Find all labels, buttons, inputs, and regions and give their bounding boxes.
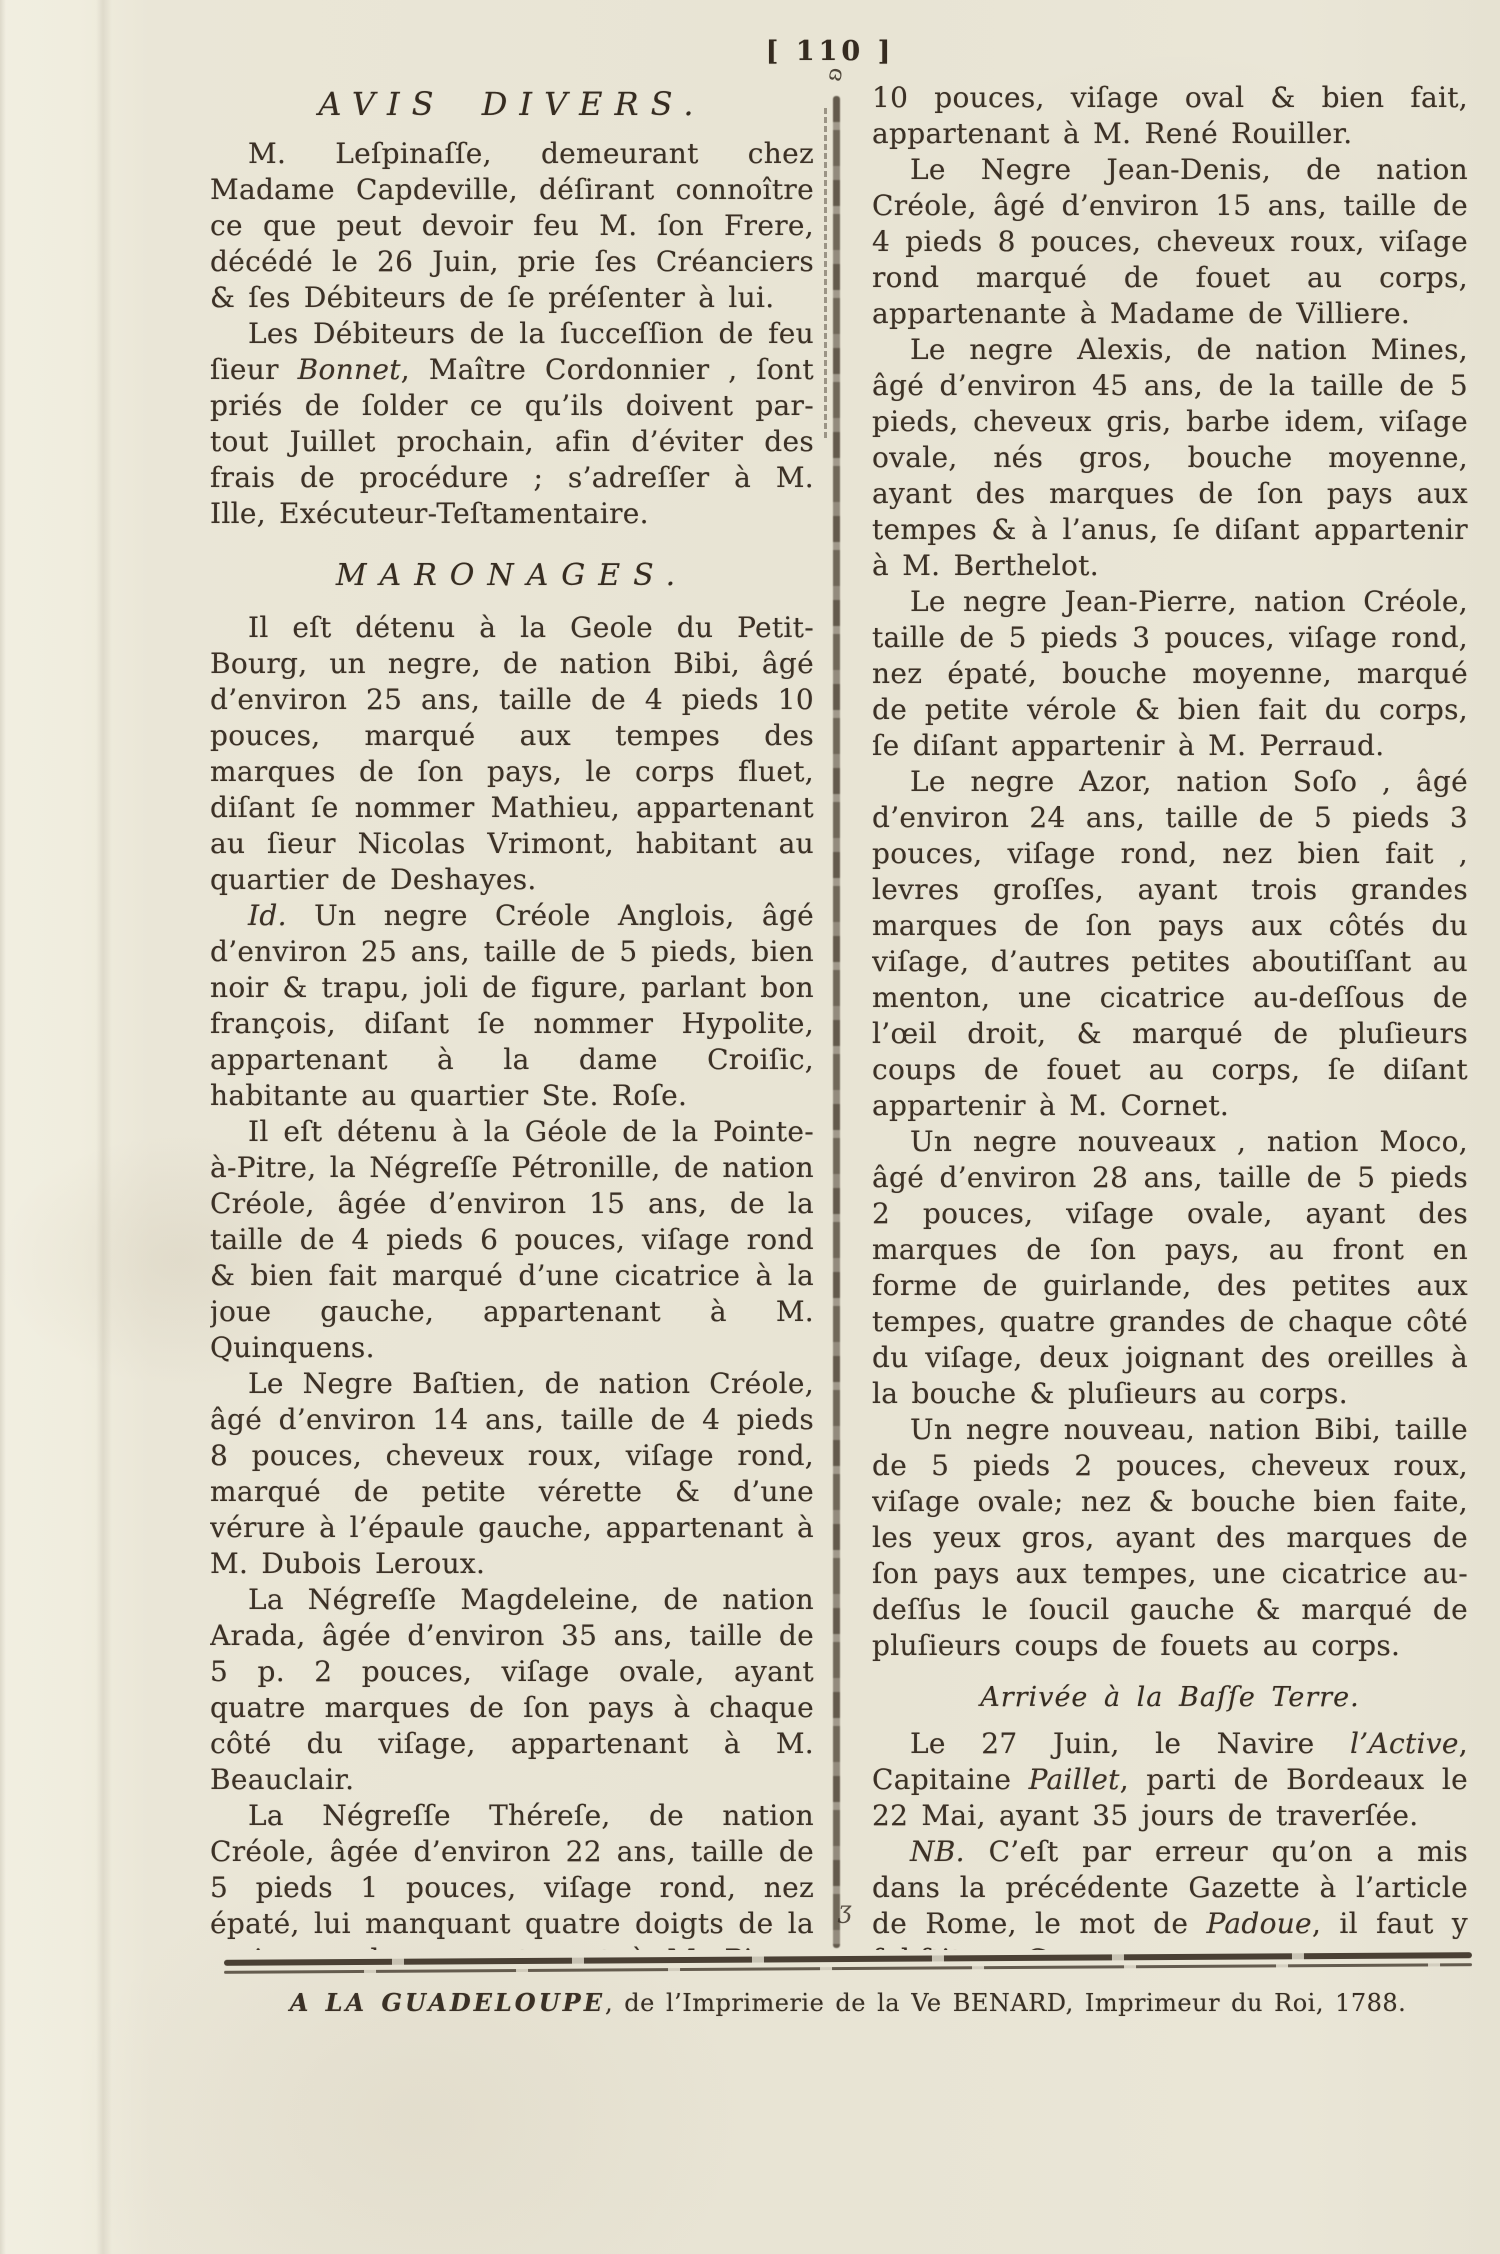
paragraph: La Négreſſe Magdeleine, de nation Arada,… <box>210 1582 814 1798</box>
text-segment: Le negre Jean-Pierre, nation Créole, tai… <box>872 585 1468 762</box>
paragraph: La Négreſſe Théreſe, de nation Créole, â… <box>210 1798 814 1950</box>
text-segment: Bonnet <box>298 353 401 386</box>
paragraph: Il eſt détenu à la Géole de la Pointe-à-… <box>210 1114 814 1366</box>
paragraph: Il eſt détenu à la Geole du Petit-Bourg,… <box>210 610 814 898</box>
text-segment: Il eſt détenu à la Géole de la Pointe-à-… <box>210 1115 814 1364</box>
scanned-newspaper-page: { "colors": { "ink": "#3c3126", "paper":… <box>0 0 1500 2254</box>
paragraph: M. Leſpinaſſe, demeurant chez Madame Cap… <box>210 136 814 316</box>
paragraph: Le Negre Baſtien, de nation Créole, âgé … <box>210 1366 814 1582</box>
section-heading: Arrivée à la Baſſe Terre. <box>872 1680 1468 1716</box>
paragraph: Un negre nouveaux , nation Moco, âgé d’e… <box>872 1124 1468 1412</box>
imprint-line: A LA GUADELOUPE, de l’Imprimerie de la V… <box>224 1988 1472 2017</box>
paragraph: Les Débiteurs de la ſucceſſion de feu ſi… <box>210 316 814 532</box>
text-segment: . <box>1134 1943 1143 1950</box>
section-heading: AVIS DIVERS. <box>210 86 814 122</box>
divider-bottom-ornament-icon: ʒ <box>838 1896 852 1924</box>
paragraph: 10 pouces, viſage oval & bien fait, appa… <box>872 80 1468 152</box>
paragraph: Le Negre Jean-Denis, de nation Créole, â… <box>872 152 1468 332</box>
paragraph: Le negre Azor, nation Soſo , âgé d’envir… <box>872 764 1468 1124</box>
text-segment: Il eſt détenu à la Geole du Petit-Bourg,… <box>210 611 814 896</box>
column-right: 10 pouces, viſage oval & bien fait, appa… <box>872 80 1468 1950</box>
paragraph: Id. Un negre Créole Anglois, âgé d’envir… <box>210 898 814 1114</box>
text-segment: Le Negre Baſtien, de nation Créole, âgé … <box>210 1367 814 1580</box>
text-segment: Le negre Azor, nation Soſo , âgé d’envir… <box>872 765 1468 1122</box>
imprint-segment: , de l’Imprimerie de la Ve BENARD, Impri… <box>605 1989 1406 2017</box>
imprint-segment: A LA GUADELOUPE <box>290 1988 605 2017</box>
text-segment: Id. <box>248 899 287 932</box>
paragraph: NB. C’eſt par erreur qu’on a mis dans la… <box>872 1834 1468 1950</box>
section-heading: MARONAGES. <box>210 558 814 594</box>
text-segment: l’Active <box>1350 1727 1459 1760</box>
page-number: [ 110 ] <box>766 36 895 67</box>
paragraph: Un negre nouveau, nation Bibi, taille de… <box>872 1412 1468 1664</box>
column-left: AVIS DIVERS.M. Leſpinaſſe, demeurant che… <box>210 84 814 1950</box>
text-segment: Un negre nouveau, nation Bibi, taille de… <box>872 1413 1468 1662</box>
text-segment: NB. <box>910 1835 965 1868</box>
text-segment: Le negre Alexis, de nation Mines, âgé d’… <box>872 333 1468 582</box>
text-segment: Un negre Créole Anglois, âgé d’environ 2… <box>210 899 814 1112</box>
text-segment: Le 27 Juin, le Navire <box>910 1727 1350 1760</box>
divider-top-ornament-icon: ʚ <box>821 66 848 84</box>
paragraph: Le negre Jean-Pierre, nation Créole, tai… <box>872 584 1468 764</box>
text-segment: Padoue <box>1206 1907 1311 1940</box>
text-segment: Un negre nouveaux , nation Moco, âgé d’e… <box>872 1125 1468 1410</box>
divider-dashed-line <box>824 108 827 438</box>
paragraph: Le negre Alexis, de nation Mines, âgé d’… <box>872 332 1468 584</box>
footer-rule-thin <box>224 1963 1472 1974</box>
text-segment: La Négreſſe Théreſe, de nation Créole, â… <box>210 1799 814 1950</box>
text-segment: Capoue <box>1024 1943 1133 1950</box>
text-segment: M. Leſpinaſſe, demeurant chez Madame Cap… <box>210 137 814 314</box>
footer-double-rule <box>224 1952 1472 1974</box>
text-segment: 10 pouces, viſage oval & bien fait, appa… <box>872 81 1468 150</box>
paragraph: Le 27 Juin, le Navire l’Active, Capitain… <box>872 1726 1468 1834</box>
text-segment: Le Negre Jean-Denis, de nation Créole, â… <box>872 153 1468 330</box>
column-divider-rule <box>833 96 840 1948</box>
text-segment: La Négreſſe Magdeleine, de nation Arada,… <box>210 1583 814 1796</box>
text-segment: Paillet <box>1029 1763 1120 1796</box>
